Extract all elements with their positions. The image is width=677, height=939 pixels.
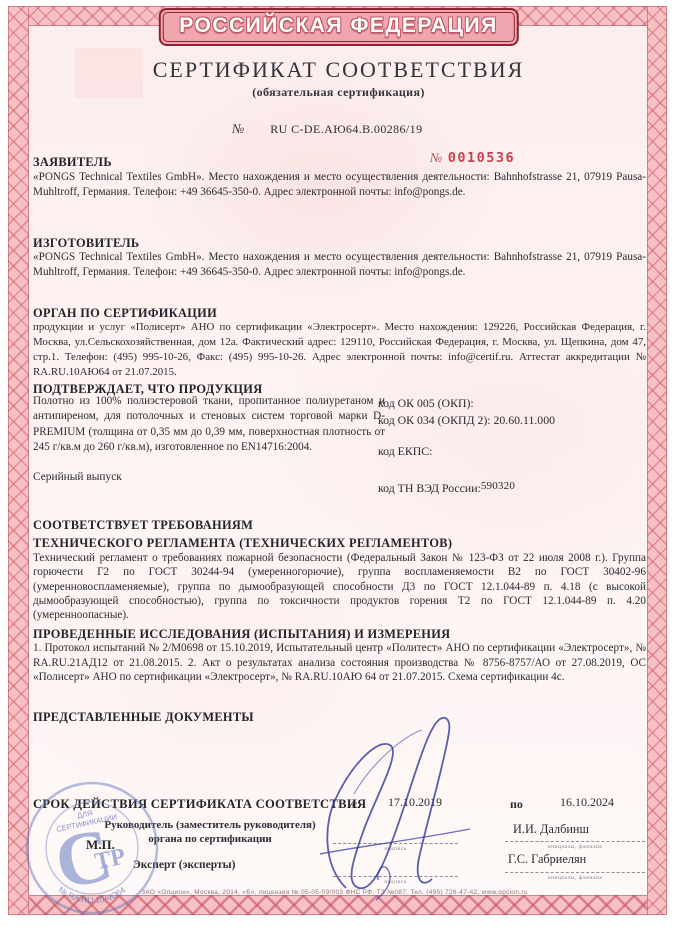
- signature-ink: [318, 702, 483, 902]
- federation-banner-title: РОССИЙСКАЯ ФЕДЕРАЦИЯ: [179, 14, 497, 37]
- compliance-heading-line1: СООТВЕТСТВУЕТ ТРЕБОВАНИЯМ: [33, 518, 253, 533]
- border-band-left: [8, 6, 29, 915]
- expert-name-caption: инициалы, фамилия: [515, 875, 635, 881]
- certification-body-heading: ОРГАН ПО СЕРТИФИКАЦИИ: [33, 306, 217, 321]
- code-tnved-label: код ТН ВЭД России:: [378, 481, 481, 495]
- manufacturer-text: «PONGS Technical Textiles GmbH». Место н…: [33, 250, 646, 279]
- research-text: 1. Протокол испытаний № 2/М0698 от 15.10…: [33, 641, 646, 685]
- federation-banner: РОССИЙСКАЯ ФЕДЕРАЦИЯ: [158, 8, 518, 46]
- code-tnved-value: 590320: [481, 480, 515, 492]
- product-description: Полотно из 100% полиэстеровой ткани, про…: [33, 394, 385, 455]
- blank-serial-number: №0010536: [430, 150, 515, 166]
- research-heading: ПРОВЕДЕННЫЕ ИССЛЕДОВАНИЯ (ИСПЫТАНИЯ) И И…: [33, 627, 450, 642]
- validity-to-label: по: [510, 797, 523, 812]
- expert-name: Г.С. Габриелян: [508, 852, 586, 867]
- printer-fine-print: ЗАО «Опцион», Москва, 2014, «Б», лицензи…: [40, 889, 629, 896]
- serial-number-sign: №: [430, 150, 444, 165]
- documents-heading: ПРЕДСТАВЛЕННЫЕ ДОКУМЕНТЫ: [33, 710, 254, 725]
- certificate-page: РОССИЙСКАЯ ФЕДЕРАЦИЯ СЕРТИФИКАТ СООТВЕТС…: [0, 0, 677, 939]
- head-name-caption: инициалы, фамилия: [515, 844, 635, 850]
- document-title: СЕРТИФИКАТ СООТВЕТСТВИЯ: [0, 57, 677, 83]
- head-name: И.И. Далбинш: [513, 822, 589, 837]
- federation-banner-inner: РОССИЙСКАЯ ФЕДЕРАЦИЯ: [162, 12, 514, 42]
- stamp-rst-mark-small: ТР: [92, 844, 127, 876]
- head-role-line2: органа по сертификации: [148, 833, 272, 845]
- number-sign: №: [232, 121, 244, 136]
- certification-body-text: продукции и услуг «Полисерт» АНО по серт…: [33, 320, 646, 380]
- certificate-number-row: №RU C-DE.АЮ64.B.00286/19: [232, 121, 422, 137]
- manufacturer-heading: ИЗГОТОВИТЕЛЬ: [33, 236, 139, 251]
- document-subtitle: (обязательная сертификация): [0, 85, 677, 100]
- applicant-heading: ЗАЯВИТЕЛЬ: [33, 155, 112, 170]
- applicant-text: «PONGS Technical Textiles GmbH». Место н…: [33, 170, 646, 199]
- compliance-text: Технический регламент о требованиях пожа…: [33, 551, 646, 622]
- serial-number-value: 0010536: [448, 150, 515, 166]
- code-ok034: код ОК 034 (ОКПД 2): 20.60.11.000: [378, 413, 555, 428]
- head-name-line: [505, 841, 645, 842]
- validity-to-date: 16.10.2024: [560, 795, 614, 810]
- certificate-number: RU C-DE.АЮ64.B.00286/19: [270, 122, 422, 136]
- expert-name-line: [505, 872, 645, 873]
- code-ok005: код ОК 005 (ОКП):: [378, 396, 555, 411]
- code-ekps: код ЕКПС:: [378, 444, 555, 459]
- border-band-right: [647, 6, 667, 915]
- certification-stamp: № RA.RU.10АЮ64 ДЛЯ СЕРТИФИКАЦИИ С ТР: [9, 765, 175, 931]
- compliance-heading-line2: ТЕХНИЧЕСКОГО РЕГЛАМЕНТА (ТЕХНИЧЕСКИХ РЕГ…: [33, 536, 452, 551]
- product-codes: код ОК 005 (ОКП): код ОК 034 (ОКПД 2): 2…: [378, 396, 555, 498]
- code-tnved: код ТН ВЭД России:590320: [378, 481, 555, 496]
- product-issue-type: Серийный выпуск: [33, 471, 122, 483]
